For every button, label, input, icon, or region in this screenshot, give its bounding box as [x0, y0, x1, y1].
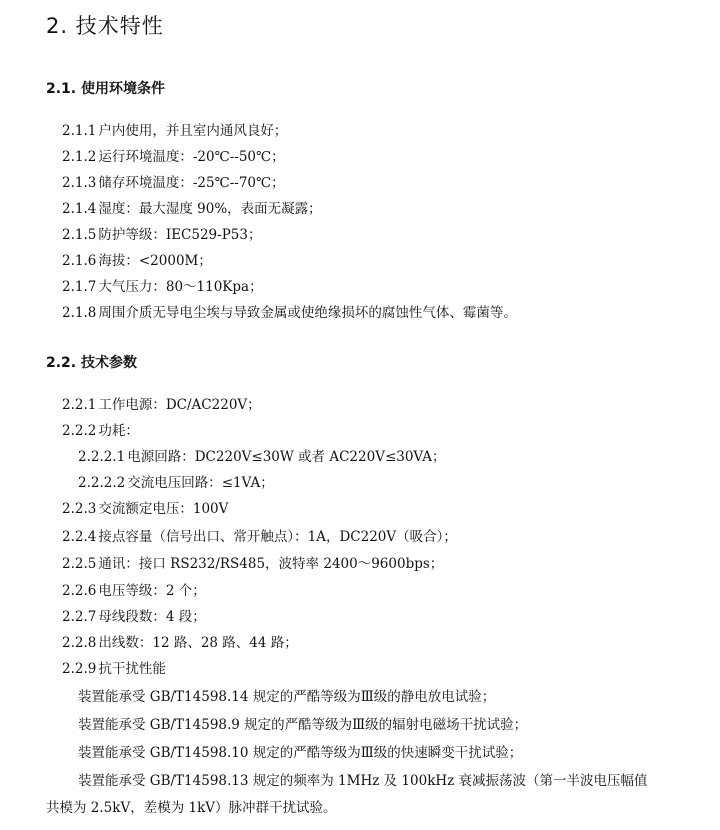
list-item: 2.1.1户内使用，并且室内通风良好； [62, 122, 287, 140]
list-item: 2.1.5防护等级：IEC529-P53； [62, 226, 261, 244]
paragraph-continuation: 共模为 2.5kV，差模为 1kV）脉冲群干扰试验。 [46, 799, 337, 817]
paragraph: 装置能承受 GB/T14598.14 规定的严酷等级为Ⅲ级的静电放电试验； [78, 688, 495, 706]
list-item: 2.2.6电压等级：2 个； [62, 582, 206, 600]
section-heading-2-1: 2.1. 使用环境条件 [46, 78, 165, 98]
list-item: 2.2.2.2交流电压回路：≤1VA； [78, 474, 274, 492]
list-item: 2.2.7母线段数：4 段； [62, 608, 206, 626]
list-item: 2.2.2.1电源回路：DC220V≤30W 或者 AC220V≤30VA； [78, 448, 446, 466]
page-title: 2. 技术特性 [46, 10, 164, 40]
list-item: 2.2.5通讯：接口 RS232/RS485，波特率 2400～9600bps； [62, 555, 443, 573]
section-heading-2-2: 2.2. 技术参数 [46, 352, 137, 372]
paragraph: 装置能承受 GB/T14598.9 规定的严酷等级为Ⅲ级的辐射电磁场干扰试验； [78, 716, 527, 734]
list-item: 2.2.9抗干扰性能 [62, 660, 166, 678]
list-item: 2.1.8周围介质无导电尘埃与导致金属或使绝缘损坏的腐蚀性气体、霉菌等。 [62, 304, 517, 322]
list-item: 2.1.3储存环境温度：-25℃--70℃； [62, 174, 285, 192]
list-item: 2.2.8出线数：12 路、28 路、44 路； [62, 634, 298, 652]
list-item: 2.2.3交流额定电压：100V [62, 500, 228, 518]
list-item: 2.2.4接点容量（信号出口、常开触点）：1A，DC220V（吸合）； [62, 528, 457, 546]
list-item: 2.1.4湿度：最大湿度 90%，表面无凝露； [62, 200, 322, 218]
list-item: 2.2.1工作电源：DC/AC220V； [62, 396, 261, 414]
list-item: 2.1.6海拔：<2000M； [62, 252, 212, 270]
paragraph: 装置能承受 GB/T14598.10 规定的严酷等级为Ⅲ级的快速瞬变干扰试验； [78, 744, 522, 762]
list-item: 2.2.2功耗： [62, 422, 139, 440]
list-item: 2.1.7大气压力：80～110Kpa； [62, 278, 263, 296]
list-item: 2.1.2运行环境温度：-20℃--50℃； [62, 148, 285, 166]
paragraph: 装置能承受 GB/T14598.13 规定的频率为 1MHz 及 100kHz … [78, 772, 648, 790]
